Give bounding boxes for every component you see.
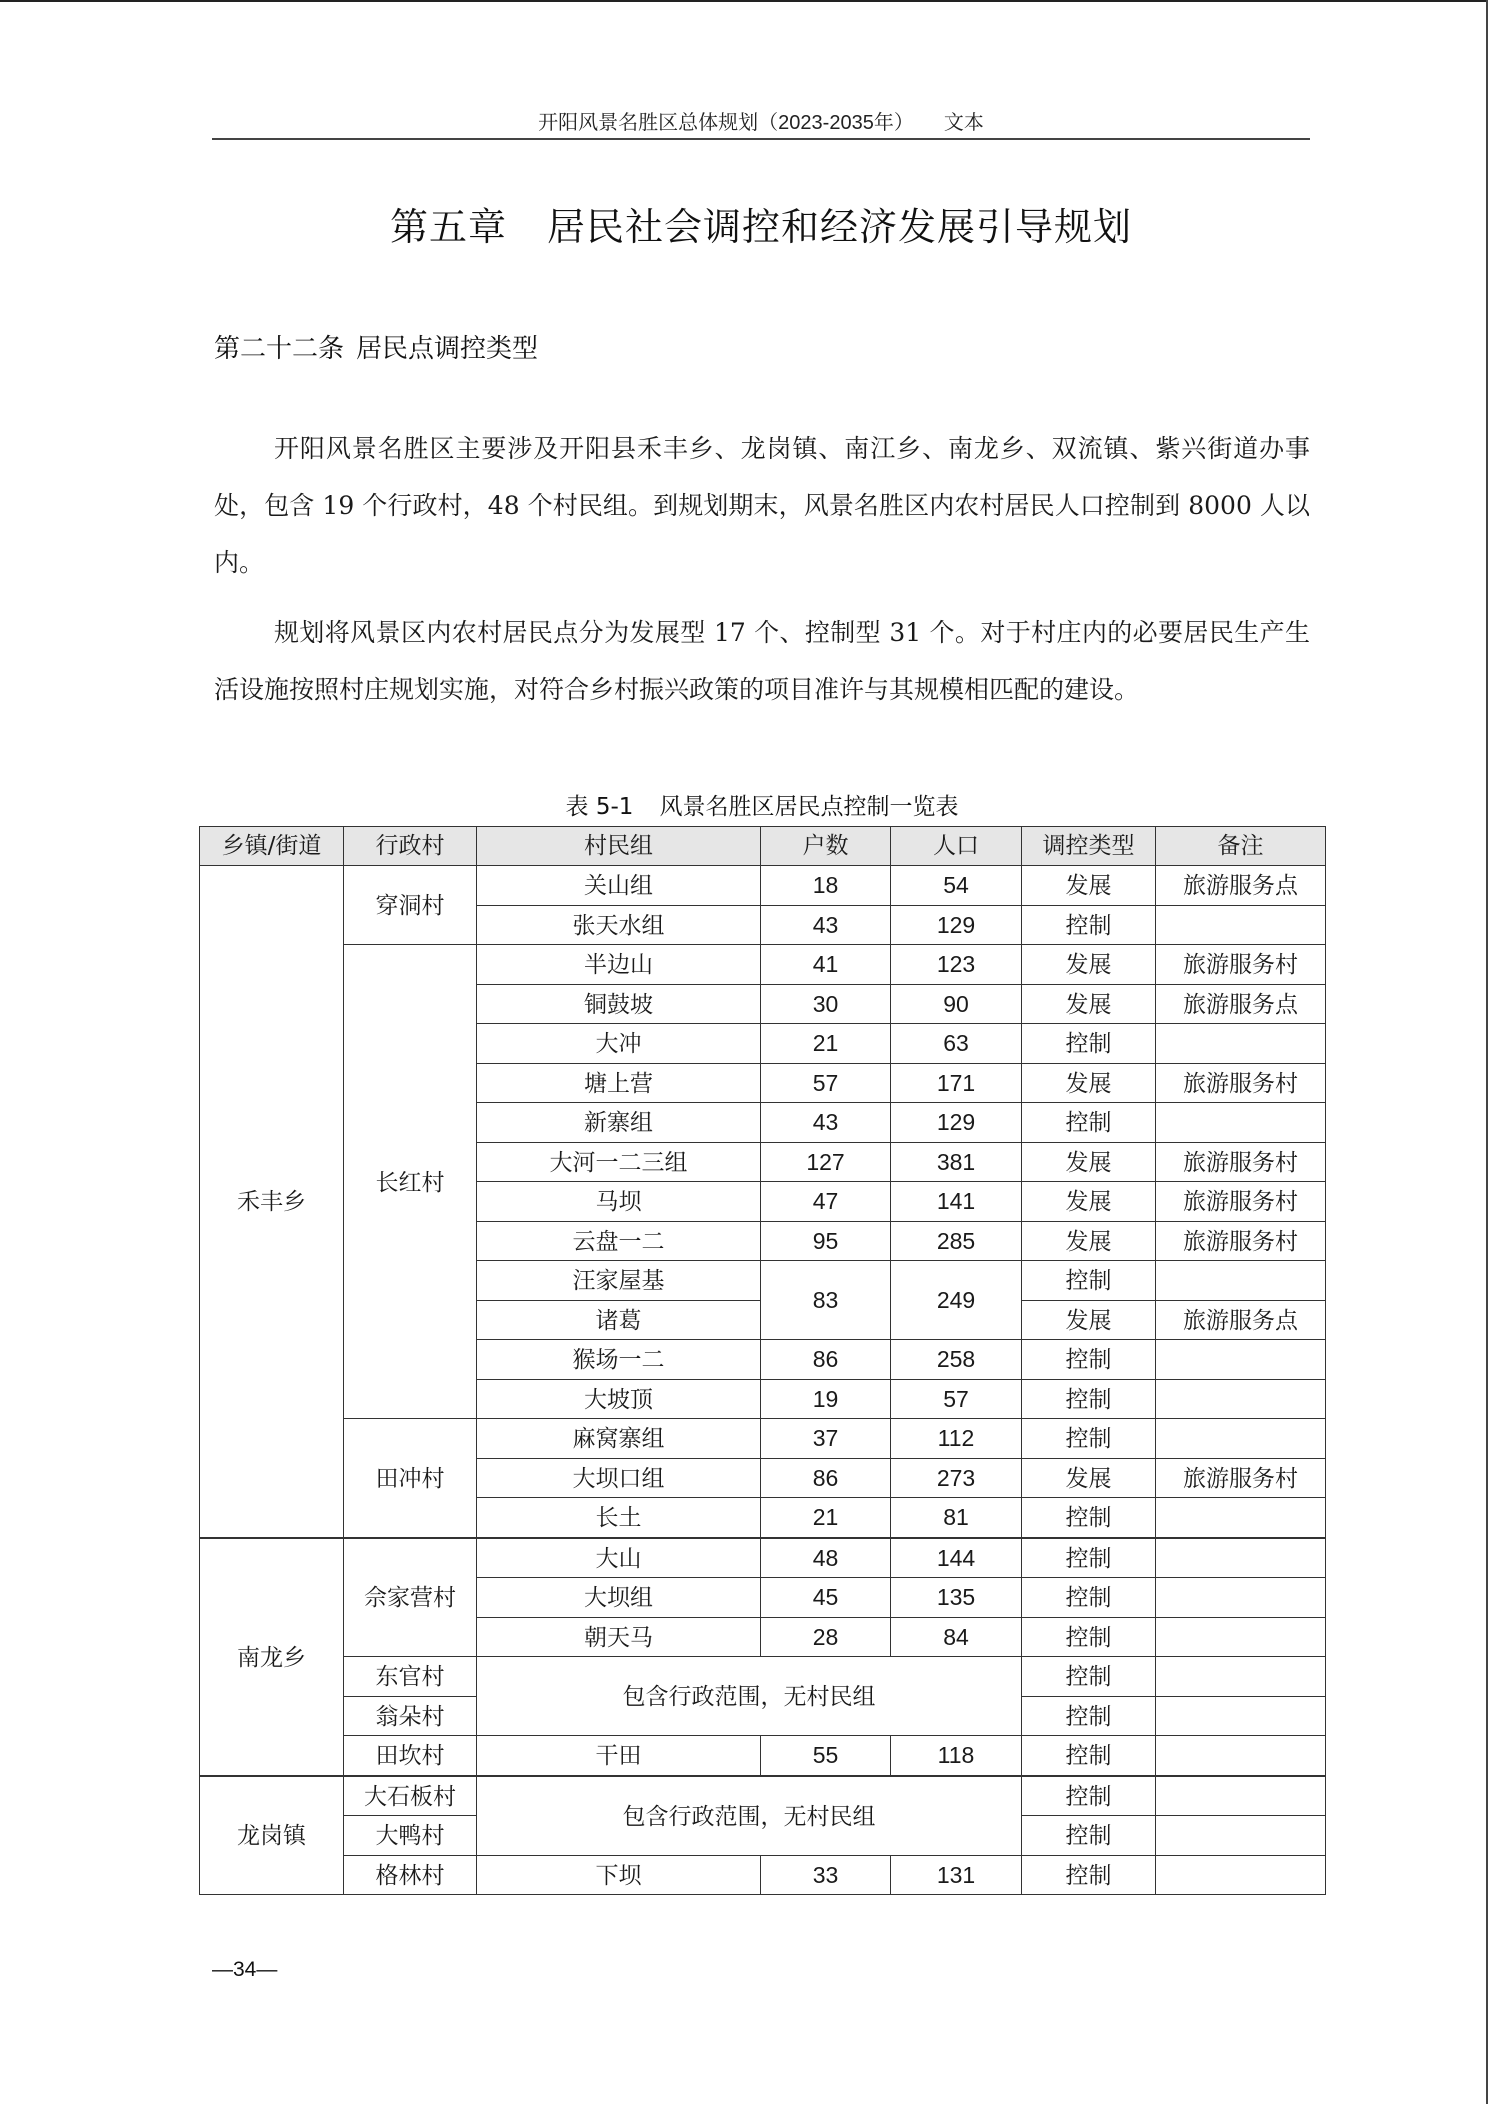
- no-group-merged-cell: 包含行政范围，无村民组: [477, 1657, 1022, 1736]
- column-header-group: 村民组: [477, 827, 761, 866]
- control-type-cell: 控制: [1022, 1578, 1156, 1618]
- settlement-control-table: 乡镇/街道 行政村 村民组 户数 人口 调控类型 备注 禾丰乡 穿洞村 关山组 …: [199, 826, 1326, 1895]
- note-cell: [1156, 1340, 1326, 1380]
- households-cell: 127: [761, 1142, 891, 1182]
- control-type-cell: 控制: [1022, 1617, 1156, 1657]
- village-cell: 长红村: [344, 945, 477, 1419]
- chapter-title: 第五章居民社会调控和经济发展引导规划: [212, 196, 1310, 251]
- population-cell: 63: [891, 1024, 1022, 1064]
- control-type-cell: 控制: [1022, 905, 1156, 945]
- note-cell: 旅游服务村: [1156, 945, 1326, 985]
- households-cell: 47: [761, 1182, 891, 1222]
- table-row: 龙岗镇 大石板村 包含行政范围，无村民组 控制: [200, 1776, 1326, 1816]
- group-cell: 干田: [477, 1736, 761, 1776]
- group-cell: 大冲: [477, 1024, 761, 1064]
- households-cell: 48: [761, 1538, 891, 1578]
- group-cell: 云盘一二: [477, 1221, 761, 1261]
- group-cell: 马坝: [477, 1182, 761, 1222]
- group-cell: 塘上营: [477, 1063, 761, 1103]
- households-cell: 41: [761, 945, 891, 985]
- control-type-cell: 控制: [1022, 1657, 1156, 1697]
- column-header-note: 备注: [1156, 827, 1326, 866]
- group-cell: 关山组: [477, 866, 761, 906]
- note-cell: 旅游服务村: [1156, 1182, 1326, 1222]
- group-cell: 朝天马: [477, 1617, 761, 1657]
- village-cell: 穿洞村: [344, 866, 477, 945]
- group-cell: 下坝: [477, 1855, 761, 1895]
- village-cell: 东官村: [344, 1657, 477, 1697]
- village-cell: 田坎村: [344, 1736, 477, 1776]
- group-cell: 汪家屋基: [477, 1261, 761, 1301]
- body-paragraph: 开阳风景名胜区主要涉及开阳县禾丰乡、龙岗镇、南江乡、南龙乡、双流镇、紫兴街道办事…: [214, 420, 1310, 591]
- note-cell: [1156, 1379, 1326, 1419]
- column-header-population: 人口: [891, 827, 1022, 866]
- population-cell: 144: [891, 1538, 1022, 1578]
- note-cell: [1156, 1498, 1326, 1538]
- population-cell: 141: [891, 1182, 1022, 1222]
- households-cell: 33: [761, 1855, 891, 1895]
- note-cell: 旅游服务点: [1156, 866, 1326, 906]
- households-cell: 57: [761, 1063, 891, 1103]
- note-cell: 旅游服务村: [1156, 1221, 1326, 1261]
- control-type-cell: 控制: [1022, 1736, 1156, 1776]
- population-cell: 112: [891, 1419, 1022, 1459]
- note-cell: 旅游服务村: [1156, 1142, 1326, 1182]
- table-row: 禾丰乡 穿洞村 关山组 18 54 发展 旅游服务点: [200, 866, 1326, 906]
- households-cell: 83: [761, 1261, 891, 1340]
- column-header-control-type: 调控类型: [1022, 827, 1156, 866]
- note-cell: [1156, 1024, 1326, 1064]
- control-type-cell: 控制: [1022, 1261, 1156, 1301]
- control-type-cell: 控制: [1022, 1024, 1156, 1064]
- group-cell: 长土: [477, 1498, 761, 1538]
- population-cell: 273: [891, 1458, 1022, 1498]
- group-cell: 大坡顶: [477, 1379, 761, 1419]
- note-cell: [1156, 1696, 1326, 1736]
- households-cell: 43: [761, 905, 891, 945]
- note-cell: [1156, 1736, 1326, 1776]
- control-type-cell: 控制: [1022, 1340, 1156, 1380]
- control-type-cell: 控制: [1022, 1498, 1156, 1538]
- note-cell: [1156, 1617, 1326, 1657]
- control-type-cell: 控制: [1022, 1855, 1156, 1895]
- control-type-cell: 发展: [1022, 945, 1156, 985]
- table-row: 田冲村 麻窝寨组 37 112 控制: [200, 1419, 1326, 1459]
- population-cell: 81: [891, 1498, 1022, 1538]
- township-cell: 龙岗镇: [200, 1776, 344, 1895]
- note-cell: [1156, 1657, 1326, 1697]
- households-cell: 55: [761, 1736, 891, 1776]
- column-header-village: 行政村: [344, 827, 477, 866]
- table-header-row: 乡镇/街道 行政村 村民组 户数 人口 调控类型 备注: [200, 827, 1326, 866]
- households-cell: 19: [761, 1379, 891, 1419]
- households-cell: 30: [761, 984, 891, 1024]
- group-cell: 猴场一二: [477, 1340, 761, 1380]
- population-cell: 54: [891, 866, 1022, 906]
- control-type-cell: 控制: [1022, 1103, 1156, 1143]
- population-cell: 90: [891, 984, 1022, 1024]
- village-cell: 田冲村: [344, 1419, 477, 1538]
- article-heading: 第二十二条居民点调控类型: [214, 328, 538, 365]
- population-cell: 118: [891, 1736, 1022, 1776]
- population-cell: 381: [891, 1142, 1022, 1182]
- group-cell: 大坝口组: [477, 1458, 761, 1498]
- group-cell: 麻窝寨组: [477, 1419, 761, 1459]
- population-cell: 84: [891, 1617, 1022, 1657]
- note-cell: 旅游服务点: [1156, 1300, 1326, 1340]
- group-cell: 大河一二三组: [477, 1142, 761, 1182]
- population-cell: 171: [891, 1063, 1022, 1103]
- households-cell: 86: [761, 1458, 891, 1498]
- note-cell: [1156, 1855, 1326, 1895]
- table-row: 田坎村 干田 55 118 控制: [200, 1736, 1326, 1776]
- township-cell: 禾丰乡: [200, 866, 344, 1538]
- note-cell: [1156, 1103, 1326, 1143]
- table-row: 长红村 半边山 41 123 发展 旅游服务村: [200, 945, 1326, 985]
- households-cell: 28: [761, 1617, 891, 1657]
- households-cell: 37: [761, 1419, 891, 1459]
- control-type-cell: 控制: [1022, 1816, 1156, 1856]
- control-type-cell: 发展: [1022, 1063, 1156, 1103]
- running-header-doc-type: 文本: [944, 112, 984, 134]
- running-header: 开阳风景名胜区总体规划（2023-2035年）文本: [212, 106, 1310, 135]
- control-type-cell: 发展: [1022, 866, 1156, 906]
- control-type-cell: 控制: [1022, 1776, 1156, 1816]
- table-caption-title: 风景名胜区居民点控制一览表: [659, 794, 958, 820]
- table-caption: 表 5-1风景名胜区居民点控制一览表: [199, 788, 1325, 821]
- control-type-cell: 控制: [1022, 1696, 1156, 1736]
- no-group-merged-cell: 包含行政范围，无村民组: [477, 1776, 1022, 1856]
- village-cell: 大石板村: [344, 1776, 477, 1816]
- households-cell: 45: [761, 1578, 891, 1618]
- control-type-cell: 发展: [1022, 984, 1156, 1024]
- households-cell: 95: [761, 1221, 891, 1261]
- control-type-cell: 控制: [1022, 1538, 1156, 1578]
- households-cell: 18: [761, 866, 891, 906]
- population-cell: 123: [891, 945, 1022, 985]
- note-cell: [1156, 1419, 1326, 1459]
- group-cell: 半边山: [477, 945, 761, 985]
- households-cell: 43: [761, 1103, 891, 1143]
- chapter-name: 居民社会调控和经济发展引导规划: [547, 205, 1132, 249]
- population-cell: 258: [891, 1340, 1022, 1380]
- note-cell: [1156, 905, 1326, 945]
- township-cell: 南龙乡: [200, 1538, 344, 1776]
- population-cell: 57: [891, 1379, 1022, 1419]
- body-paragraph: 规划将风景区内农村居民点分为发展型 17 个、控制型 31 个。对于村庄内的必要…: [214, 604, 1310, 718]
- table-caption-number: 表 5-1: [566, 794, 634, 820]
- village-cell: 大鸭村: [344, 1816, 477, 1856]
- note-cell: [1156, 1538, 1326, 1578]
- group-cell: 铜鼓坡: [477, 984, 761, 1024]
- control-type-cell: 发展: [1022, 1182, 1156, 1222]
- table-row: 东官村 包含行政范围，无村民组 控制: [200, 1657, 1326, 1697]
- note-cell: [1156, 1816, 1326, 1856]
- note-cell: [1156, 1261, 1326, 1301]
- article-number: 第二十二条: [214, 334, 344, 364]
- village-cell: 佘家营村: [344, 1538, 477, 1657]
- note-cell: [1156, 1776, 1326, 1816]
- page-number: —34—: [212, 1958, 277, 1982]
- population-cell: 131: [891, 1855, 1022, 1895]
- page-frame-top: [0, 0, 1488, 2]
- note-cell: 旅游服务点: [1156, 984, 1326, 1024]
- control-type-cell: 控制: [1022, 1419, 1156, 1459]
- group-cell: 诸葛: [477, 1300, 761, 1340]
- control-type-cell: 发展: [1022, 1458, 1156, 1498]
- households-cell: 86: [761, 1340, 891, 1380]
- article-name: 居民点调控类型: [356, 334, 538, 364]
- population-cell: 135: [891, 1578, 1022, 1618]
- column-header-households: 户数: [761, 827, 891, 866]
- running-header-title: 开阳风景名胜区总体规划（2023-2035年）: [538, 112, 914, 134]
- note-cell: 旅游服务村: [1156, 1458, 1326, 1498]
- group-cell: 新寨组: [477, 1103, 761, 1143]
- population-cell: 285: [891, 1221, 1022, 1261]
- population-cell: 129: [891, 1103, 1022, 1143]
- chapter-number: 第五章: [390, 205, 507, 249]
- group-cell: 大山: [477, 1538, 761, 1578]
- note-cell: [1156, 1578, 1326, 1618]
- control-type-cell: 发展: [1022, 1142, 1156, 1182]
- population-cell: 129: [891, 905, 1022, 945]
- households-cell: 21: [761, 1024, 891, 1064]
- note-cell: 旅游服务村: [1156, 1063, 1326, 1103]
- control-type-cell: 控制: [1022, 1379, 1156, 1419]
- group-cell: 大坝组: [477, 1578, 761, 1618]
- table-row: 南龙乡 佘家营村 大山 48 144 控制: [200, 1538, 1326, 1578]
- table-row: 格林村 下坝 33 131 控制: [200, 1855, 1326, 1895]
- village-cell: 格林村: [344, 1855, 477, 1895]
- column-header-township: 乡镇/街道: [200, 827, 344, 866]
- control-type-cell: 发展: [1022, 1221, 1156, 1261]
- group-cell: 张天水组: [477, 905, 761, 945]
- population-cell: 249: [891, 1261, 1022, 1340]
- households-cell: 21: [761, 1498, 891, 1538]
- control-type-cell: 发展: [1022, 1300, 1156, 1340]
- village-cell: 翁朵村: [344, 1696, 477, 1736]
- header-rule: [212, 138, 1310, 140]
